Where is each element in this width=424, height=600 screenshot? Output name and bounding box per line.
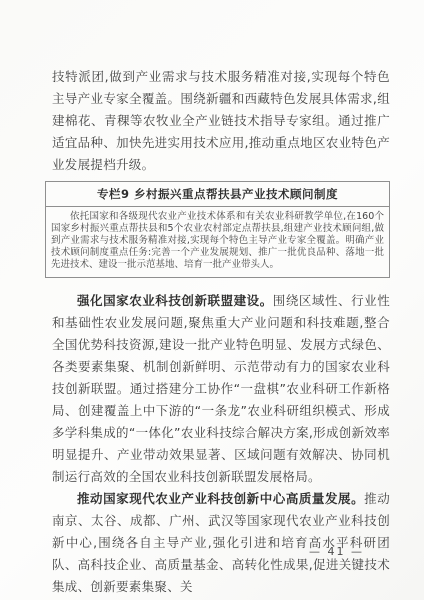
page-number: — 41 — bbox=[309, 545, 364, 558]
column-9-box-body: 依托国家和各级现代农业产业技术体系和有关农业科研教学单位,在160个国家乡村振兴… bbox=[46, 207, 389, 277]
text-column: 技特派团,做到产业需求与技术服务精准对接,实现每个特色主导产业专家全覆盖。围绕新… bbox=[52, 66, 390, 598]
paragraph-sci-tech-centers: 推动国家现代农业产业科技创新中心高质量发展。推动南京、太谷、成都、广州、武汉等国… bbox=[52, 488, 390, 598]
column-9-box-title: 专栏9 乡村振兴重点帮扶县产业技术顾问制度 bbox=[46, 182, 389, 207]
paragraph-continuation-text: 技特派团,做到产业需求与技术服务精准对接,实现每个特色主导产业专家全覆盖。围绕新… bbox=[52, 69, 390, 172]
paragraph-innovation-alliance: 强化国家农业科技创新联盟建设。围绕区域性、行业性和基础性农业发展问题,聚焦重大产… bbox=[52, 290, 390, 488]
paragraph-sci-tech-centers-lead: 推动国家现代农业产业科技创新中心高质量发展。 bbox=[77, 491, 364, 506]
paragraph-innovation-alliance-lead: 强化国家农业科技创新联盟建设。 bbox=[77, 293, 273, 308]
paragraph-sci-tech-centers-body: 推动南京、太谷、成都、广州、武汉等国家现代农业产业科技创新中心,围绕各自主导产业… bbox=[52, 491, 390, 594]
paragraph-continuation: 技特派团,做到产业需求与技术服务精准对接,实现每个特色主导产业专家全覆盖。围绕新… bbox=[52, 66, 390, 176]
document-page: 技特派团,做到产业需求与技术服务精准对接,实现每个特色主导产业专家全覆盖。围绕新… bbox=[0, 0, 424, 600]
column-9-box: 专栏9 乡村振兴重点帮扶县产业技术顾问制度 依托国家和各级现代农业产业技术体系和… bbox=[45, 181, 390, 278]
paragraph-innovation-alliance-body: 围绕区域性、行业性和基础性农业发展问题,聚焦重大产业问题和科技难题,整合全国优势… bbox=[52, 293, 390, 484]
